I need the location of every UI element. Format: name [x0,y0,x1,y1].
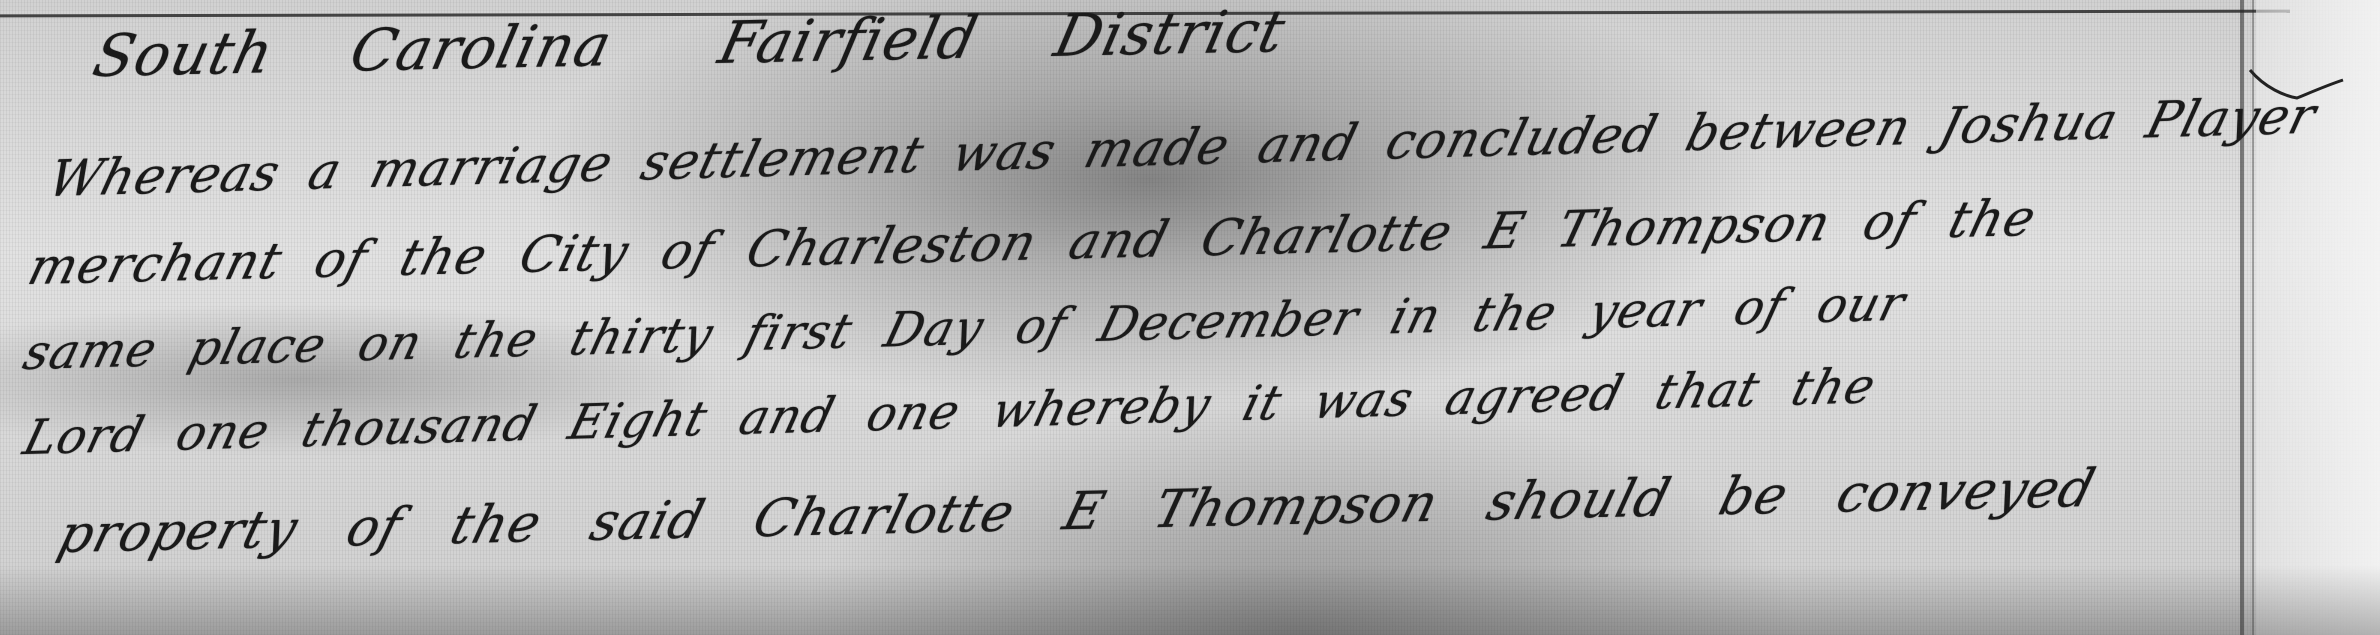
scanned-document-page: South CarolinaFairfield District Whereas… [0,0,2380,635]
heading-district: Fairfield District [713,0,1292,77]
bottom-scan-shadow [0,565,2380,635]
text-line-5: property of the said Charlotte E Thompso… [52,459,2102,566]
text-line-4: Lord one thousand Eight and one whereby … [18,358,1882,466]
heading-state: South Carolina [87,11,618,90]
